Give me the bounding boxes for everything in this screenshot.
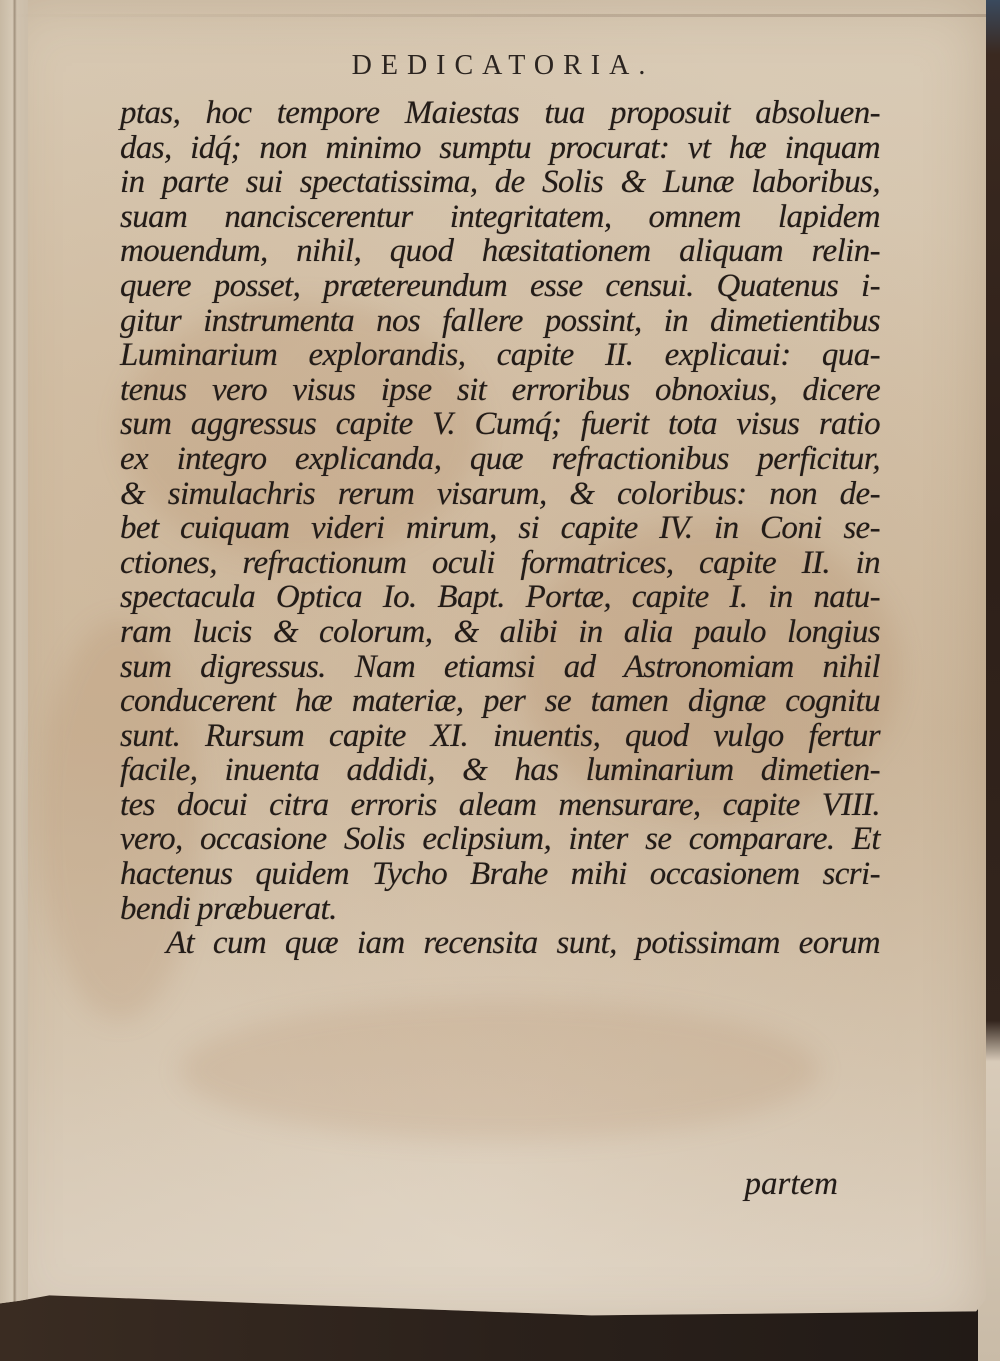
paragraph-start: At cum quæ iam recensita sunt, potissima… [120, 926, 880, 961]
text-line: Luminarium explorandis, capite II. expli… [120, 338, 880, 373]
text-line: sum digressus. Nam etiamsi ad Astronomia… [120, 650, 880, 685]
text-line: tes docui citra erroris aleam mensurare,… [120, 788, 880, 823]
running-head: DEDICATORIA. [0, 50, 986, 82]
text-line: vero, occasione Solis eclipsium, inter s… [120, 822, 880, 857]
text-line: conducerent hæ materiæ, per se tamen dig… [120, 684, 880, 719]
text-line: sunt. Rursum capite XI. inuentis, quod v… [120, 719, 880, 754]
text-line: ptas, hoc tempore Maiestas tua proposuit… [120, 96, 880, 131]
text-line: sum aggressus capite V. Cumq́; fuerit to… [120, 407, 880, 442]
text-line: bendi præbuerat. [120, 892, 880, 927]
text-line: bet cuiquam videri mirum, si capite IV. … [120, 511, 880, 546]
text-line: suam nanciscerentur integritatem, omnem … [120, 200, 880, 235]
text-line: facile, inuenta addidi, & has luminarium… [120, 753, 880, 788]
text-line: hactenus quidem Tycho Brahe mihi occasio… [120, 857, 880, 892]
text-line: spectacula Optica Io. Bapt. Portæ, capit… [120, 580, 880, 615]
text-line: das, idq́; non minimo sumptu procurat: v… [120, 131, 880, 166]
body-text: ptas, hoc tempore Maiestas tua proposuit… [120, 96, 880, 961]
text-line: ram lucis & colorum, & alibi in alia pau… [120, 615, 880, 650]
book-page: DEDICATORIA. ptas, hoc tempore Maiestas … [0, 0, 986, 1330]
text-line: & simulachris rerum visarum, & coloribus… [120, 477, 880, 512]
catchword: partem [745, 1166, 839, 1203]
text-line: quere posset, prætereundum esse censui. … [120, 269, 880, 304]
binding-gutter [0, 0, 28, 1330]
text-line: in parte sui spectatissima, de Solis & L… [120, 165, 880, 200]
text-line: ex integro explicanda, quæ refractionibu… [120, 442, 880, 477]
water-stain [180, 1000, 820, 1140]
page-top-fold [0, 14, 986, 17]
text-line: mouendum, nihil, quod hæsitationem aliqu… [120, 234, 880, 269]
text-line: tenus vero visus ipse sit erroribus obno… [120, 373, 880, 408]
text-line: gitur instrumenta nos fallere possint, i… [120, 304, 880, 339]
text-line: ctiones, refractionum oculi formatrices,… [120, 546, 880, 581]
